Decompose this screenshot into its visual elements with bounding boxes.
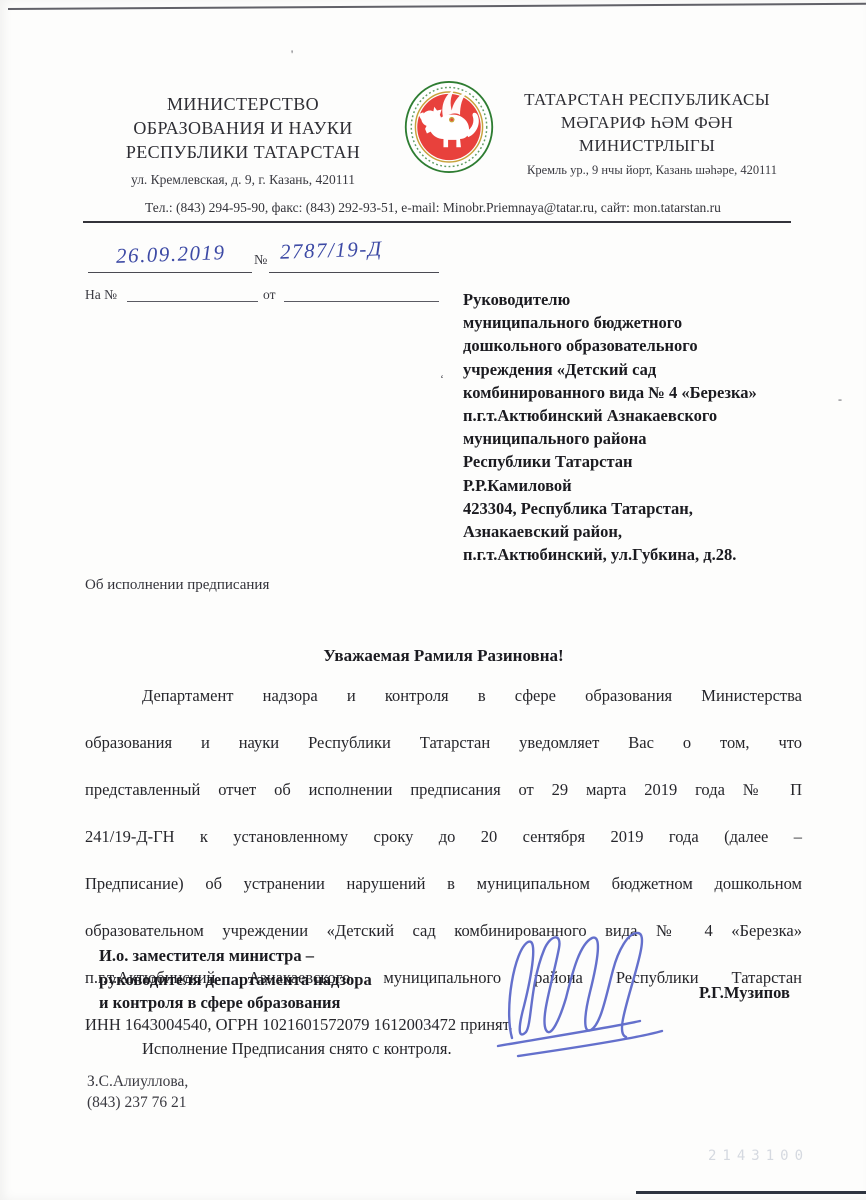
recipient-line: муниципального бюджетного <box>463 311 843 334</box>
recipient-line: Р.Р.Камиловой <box>463 474 843 497</box>
scan-edge-bottom-line <box>636 1191 866 1194</box>
ministry-title-ru-line1: МИНИСТЕРСТВО <box>88 92 398 116</box>
salutation: Уважаемая Рамиля Разиновна! <box>85 646 802 666</box>
body-line: Предписание) об устранении нарушений в м… <box>85 872 802 919</box>
ministry-address-russian: ул. Кремлевская, д. 9, г. Казань, 420111 <box>88 172 398 188</box>
signer-position-line: И.о. заместителя министра – <box>99 944 459 968</box>
faint-stamp-number: 2143100 <box>708 1148 809 1164</box>
body-line: Департамент надзора и контроля в сфере о… <box>85 684 802 731</box>
ministry-title-tt-line3: МИНИСТРЛЫГЫ <box>497 134 797 157</box>
recipient-line: Азнакаевский район, <box>463 520 843 543</box>
body-line: ИНН 1643004540, ОГРН 1021601572079 16120… <box>85 1013 802 1037</box>
ministry-title-tatar: ТАТАРСТАН РЕСПУБЛИКАСЫ МӘГАРИФ ҺӘМ ФӘН М… <box>497 88 797 157</box>
reply-from-underline <box>284 283 439 302</box>
ministry-title-ru-line2: ОБРАЗОВАНИЯ И НАУКИ <box>88 116 398 140</box>
recipient-line: п.г.т.Актюбинский Азнакаевского <box>463 404 843 427</box>
scan-edge-top-line <box>8 3 866 10</box>
letterhead-divider <box>83 221 791 223</box>
ministry-title-tt-line2: МӘГАРИФ ҺӘМ ФӘН <box>497 111 797 134</box>
recipient-line: комбинированного вида № 4 «Березка» <box>463 381 843 404</box>
executor-name: З.С.Алиуллова, <box>87 1071 188 1092</box>
scan-speck: ‘ <box>440 372 444 387</box>
recipient-line: 423304, Республика Татарстан, <box>463 497 843 520</box>
ministry-address-tatar: Кремль ур., 9 нчы йорт, Казань шәһәре, 4… <box>487 163 817 178</box>
scan-speck: ' <box>291 47 293 62</box>
recipient-address-block: Руководителю муниципального бюджетного д… <box>463 288 843 566</box>
signer-position-line: и контроля в сфере образования <box>99 991 459 1015</box>
body-line: образования и науки Республики Татарстан… <box>85 731 802 778</box>
contact-line: Тел.: (843) 294-95-90, факс: (843) 292-9… <box>0 200 866 216</box>
executor-contact-block: З.С.Алиуллова, (843) 237 76 21 <box>87 1071 188 1113</box>
recipient-line: Руководителю <box>463 288 843 311</box>
recipient-line: Республики Татарстан <box>463 450 843 473</box>
reply-to-label: На № <box>85 287 117 303</box>
recipient-line: дошкольного образовательного <box>463 334 843 357</box>
number-sign-label: № <box>254 253 267 269</box>
recipient-line: муниципального района <box>463 427 843 450</box>
handwritten-number: 2787/19-Д <box>280 238 383 263</box>
ministry-title-russian: МИНИСТЕРСТВО ОБРАЗОВАНИЯ И НАУКИ РЕСПУБЛ… <box>88 92 398 164</box>
handwritten-signature-icon <box>488 918 688 1060</box>
executor-phone: (843) 237 76 21 <box>87 1092 188 1113</box>
recipient-line: учреждения «Детский сад <box>463 358 843 381</box>
recipient-line: п.г.т.Актюбинский, ул.Губкина, д.28. <box>463 543 843 566</box>
signer-position-block: И.о. заместителя министра – руководителя… <box>99 944 459 1015</box>
reply-to-underline <box>127 283 258 302</box>
body-paragraph-2: Исполнение Предписания снято с контроля. <box>85 1037 802 1061</box>
handwritten-date: 26.09.2019 <box>116 242 226 267</box>
ministry-title-ru-line3: РЕСПУБЛИКИ ТАТАРСТАН <box>88 140 398 164</box>
scanned-letter-page: ' ‘ - 2143100 МИНИСТЕРСТВО ОБРАЗОВАНИЯ И… <box>0 0 866 1200</box>
reply-from-label: от <box>263 287 275 303</box>
tatarstan-coat-of-arms-icon <box>403 78 495 176</box>
signer-position-line: руководителя департамента надзора <box>99 968 459 992</box>
body-line: 241/19-Д-ГН к установленному сроку до 20… <box>85 825 802 872</box>
signer-name: Р.Г.Музипов <box>699 983 790 1003</box>
ministry-title-tt-line1: ТАТАРСТАН РЕСПУБЛИКАСЫ <box>497 88 797 111</box>
body-line: представленный отчет об исполнении предп… <box>85 778 802 825</box>
subject-line: Об исполнении предписания <box>85 577 269 594</box>
